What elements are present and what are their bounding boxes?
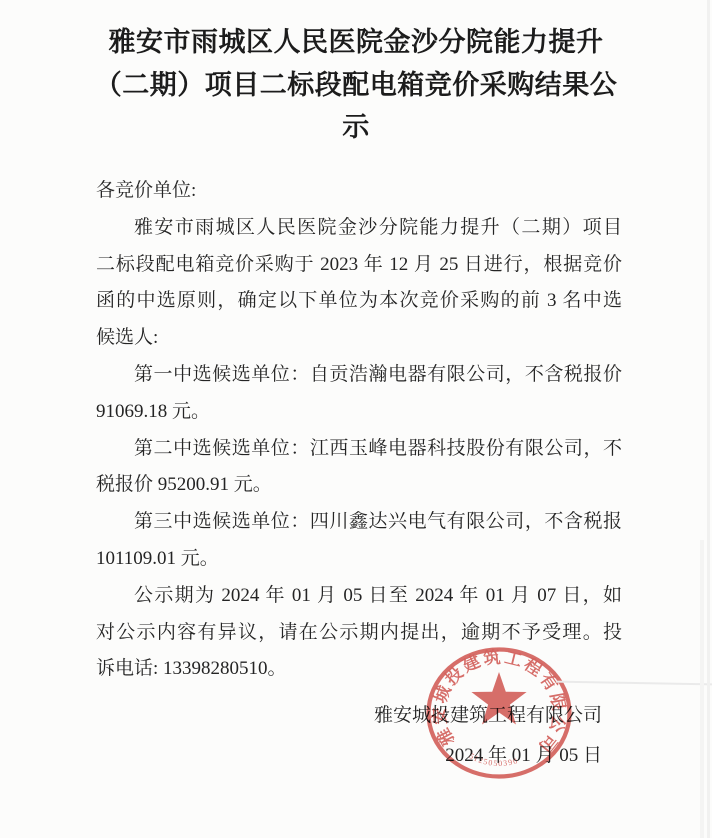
paragraph-winner-3: 第三中选候选单位：四川鑫达兴电气有限公司，不含税报价 101109.01 元。	[96, 504, 622, 578]
scan-artifact-band	[700, 540, 704, 838]
scan-artifact-edge	[707, 0, 710, 838]
company-seal-stamp: 雅安城投建筑工程有限公司 5125050390	[424, 646, 574, 780]
title-line-3: 示	[0, 106, 712, 149]
body-line: 函的中选原则，确定以下单位为本次竞价采购的前 3 名中选	[96, 283, 622, 320]
paragraph-winner-1: 第一中选候选单位：自贡浩瀚电器有限公司，不含税报价 91069.18 元。	[96, 357, 622, 431]
body-line: 101109.01 元。	[96, 541, 622, 578]
seal-serial-text: 5125050390	[468, 751, 520, 768]
body-line: 第三中选候选单位：四川鑫达兴电气有限公司，不含税报价	[96, 504, 622, 541]
document-body: 各竞价单位: 雅安市雨城区人民医院金沙分院能力提升（二期）项目 二标段配电箱竞价…	[96, 173, 622, 688]
document-title: 雅安市雨城区人民医院金沙分院能力提升 （二期）项目二标段配电箱竞价采购结果公 示	[0, 21, 712, 149]
title-line-1: 雅安市雨城区人民医院金沙分院能力提升	[0, 21, 712, 64]
paragraph-intro: 雅安市雨城区人民医院金沙分院能力提升（二期）项目 二标段配电箱竞价采购于 202…	[96, 210, 622, 357]
body-line: 91069.18 元。	[96, 394, 622, 431]
body-line: 候选人:	[96, 320, 622, 357]
body-line: 公示期为 2024 年 01 月 05 日至 2024 年 01 月 07 日，…	[96, 578, 622, 615]
paragraph-winner-2: 第二中选候选单位：江西玉峰电器科技股份有限公司，不含 税报价 95200.91 …	[96, 431, 622, 505]
body-line: 第一中选候选单位：自贡浩瀚电器有限公司，不含税报价	[96, 357, 622, 394]
body-line: 税报价 95200.91 元。	[96, 467, 622, 504]
body-line: 二标段配电箱竞价采购于 2023 年 12 月 25 日进行，根据竞价	[96, 247, 622, 284]
title-line-2: （二期）项目二标段配电箱竞价采购结果公	[0, 64, 712, 107]
body-line: 雅安市雨城区人民医院金沙分院能力提升（二期）项目	[96, 210, 622, 247]
body-line: 各竞价单位:	[96, 173, 622, 210]
scanned-document-page: 雅安市雨城区人民医院金沙分院能力提升 （二期）项目二标段配电箱竞价采购结果公 示…	[0, 0, 712, 838]
paragraph-salutation: 各竞价单位:	[96, 173, 622, 210]
body-line: 第二中选候选单位：江西玉峰电器科技股份有限公司，不含	[96, 431, 622, 468]
star-icon	[471, 672, 526, 725]
